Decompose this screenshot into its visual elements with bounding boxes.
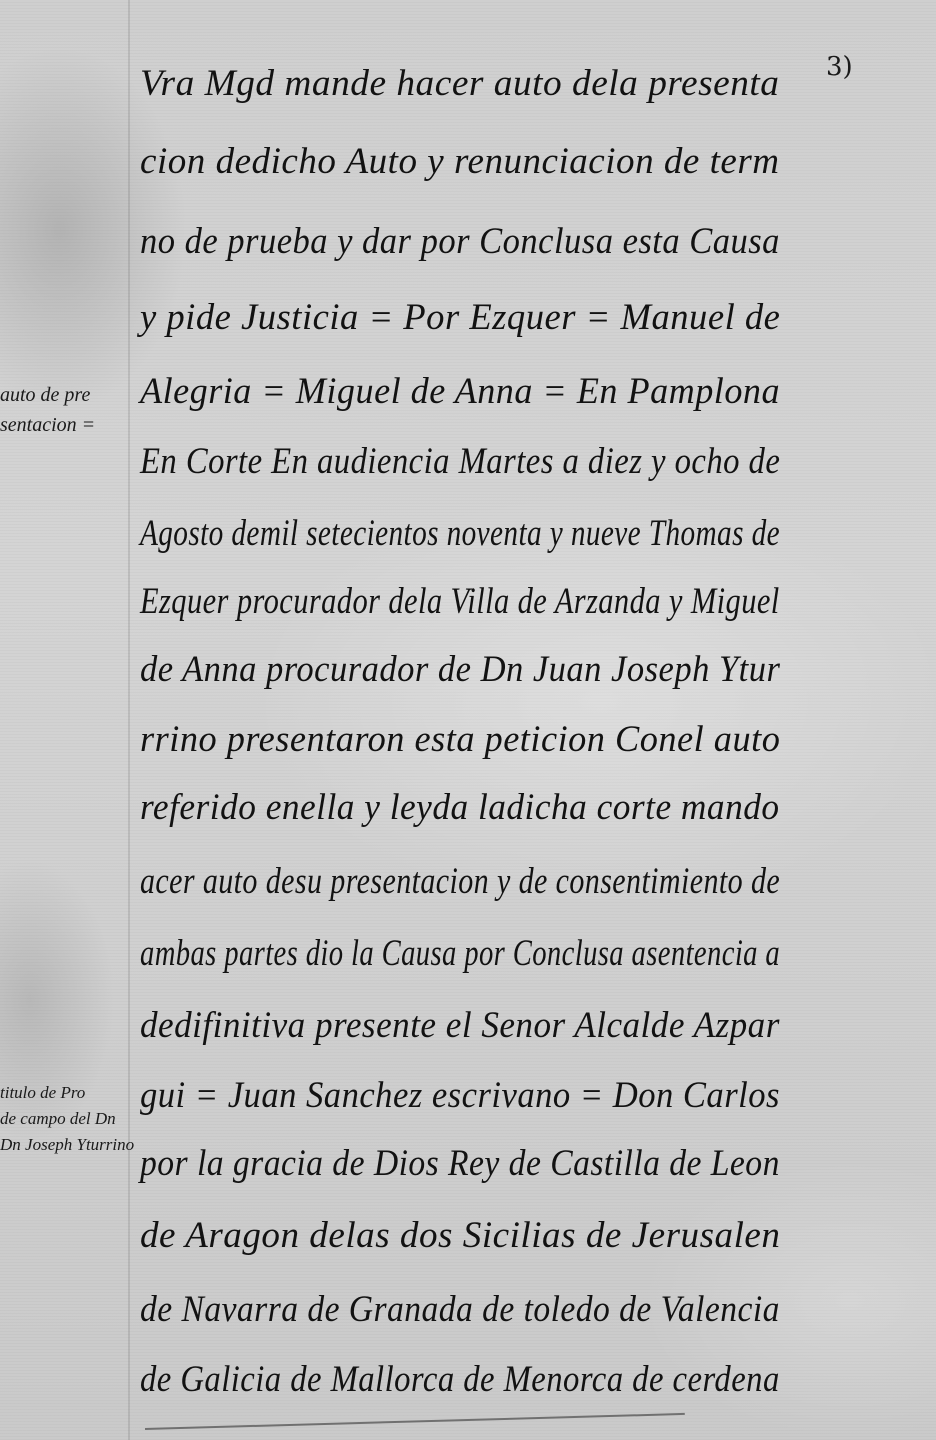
manuscript-line-1: Vra Mgd mande hacer auto dela presenta [140, 62, 779, 105]
margin-note-line: titulo de Pro [0, 1080, 134, 1106]
manuscript-line-11: referido enella y leyda ladicha corte ma… [140, 786, 780, 829]
manuscript-line-14: dedifinitiva presente el Senor Alcalde A… [140, 1004, 780, 1047]
manuscript-line-16: por la gracia de Dios Rey de Castilla de… [140, 1142, 780, 1185]
margin-note-line: sentacion = [0, 410, 95, 440]
folio-number: 3) [826, 52, 853, 82]
margin-note-titulo: titulo de Pro de campo del Dn Dn Joseph … [0, 1080, 134, 1158]
manuscript-line-8: Ezquer procurador dela Villa de Arzanda … [140, 580, 780, 623]
manuscript-line-7: Agosto demil setecientos noventa y nueve… [140, 512, 780, 555]
manuscript-page: 3) Vra Mgd mande hacer auto dela present… [0, 0, 936, 1440]
manuscript-line-19: de Galicia de Mallorca de Menorca de cer… [140, 1358, 780, 1401]
manuscript-line-2: cion dedicho Auto y renunciacion de term [140, 140, 780, 183]
manuscript-line-18: de Navarra de Granada de toledo de Valen… [140, 1288, 780, 1331]
manuscript-line-17: de Aragon delas dos Sicilias de Jerusale… [140, 1214, 780, 1257]
manuscript-line-15: gui = Juan Sanchez escrivano = Don Carlo… [140, 1074, 780, 1117]
margin-note-line: auto de pre [0, 380, 95, 410]
manuscript-line-3: no de prueba y dar por Conclusa esta Cau… [140, 220, 780, 263]
manuscript-line-12: acer auto desu presentacion y de consent… [140, 860, 780, 903]
page-fold-shadow [128, 0, 130, 1440]
manuscript-line-6: En Corte En audiencia Martes a diez y oc… [140, 440, 780, 483]
closing-rule-line [145, 1413, 685, 1430]
manuscript-line-9: de Anna procurador de Dn Juan Joseph Ytu… [140, 648, 780, 691]
margin-note-line: Dn Joseph Yturrino [0, 1132, 134, 1158]
margin-note-auto-presentacion: auto de pre sentacion = [0, 380, 95, 440]
manuscript-line-4: y pide Justicia = Por Ezquer = Manuel de [140, 296, 780, 339]
manuscript-line-5: Alegria = Miguel de Anna = En Pamplona [140, 370, 780, 413]
manuscript-line-10: rrino presentaron esta peticion Conel au… [140, 718, 780, 761]
margin-note-line: de campo del Dn [0, 1106, 134, 1132]
manuscript-line-13: ambas partes dio la Causa por Conclusa a… [140, 932, 780, 975]
